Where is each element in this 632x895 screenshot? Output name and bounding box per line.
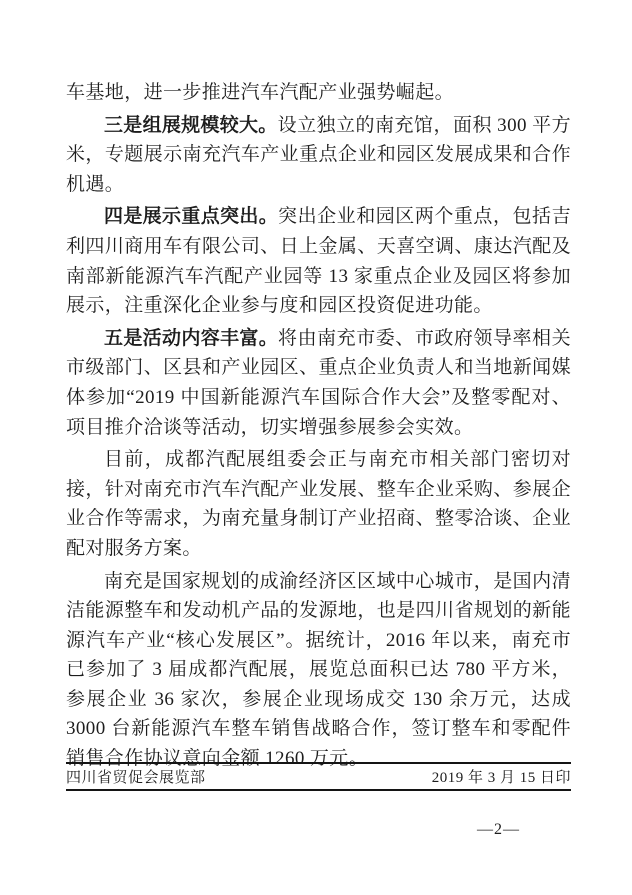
body-paragraph: 五是活动内容丰富。将由南充市委、市政府领导率相关市级部门、区县和产业园区、重点企… xyxy=(66,324,571,442)
body-paragraph: 三是组展规模较大。设立独立的南充馆，面积 300 平方米，专题展示南充汽车产业重… xyxy=(66,111,571,200)
document-body: 车基地，进一步推进汽车汽配产业强势崛起。 三是组展规模较大。设立独立的南充馆，面… xyxy=(66,78,571,774)
footer-print-date: 2019 年 3 月 15 日印 xyxy=(432,766,571,787)
body-paragraph: 南充是国家规划的成渝经济区区域中心城市，是国内清洁能源整车和发动机产品的发源地，… xyxy=(66,567,571,774)
body-paragraph: 四是展示重点突出。突出企业和园区两个重点，包括吉利四川商用车有限公司、日上金属、… xyxy=(66,202,571,320)
paragraph-text: 目前，成都汽配展组委会正与南充市相关部门密切对接，针对南充市汽车汽配产业发展、整… xyxy=(66,449,571,559)
footer-issuer: 四川省贸促会展览部 xyxy=(66,766,206,787)
document-page: 车基地，进一步推进汽车汽配产业强势崛起。 三是组展规模较大。设立独立的南充馆，面… xyxy=(0,0,632,895)
paragraph-text: 车基地，进一步推进汽车汽配产业强势崛起。 xyxy=(66,82,454,103)
paragraph-text: 南充是国家规划的成渝经济区区域中心城市，是国内清洁能源整车和发动机产品的发源地，… xyxy=(66,571,571,770)
paragraph-lead: 四是展示重点突出。 xyxy=(104,206,278,227)
body-paragraph: 目前，成都汽配展组委会正与南充市相关部门密切对接，针对南充市汽车汽配产业发展、整… xyxy=(66,445,571,563)
page-number: —2— xyxy=(477,821,520,839)
paragraph-lead: 三是组展规模较大。 xyxy=(104,115,278,136)
body-paragraph: 车基地，进一步推进汽车汽配产业强势崛起。 xyxy=(66,78,571,108)
paragraph-lead: 五是活动内容丰富。 xyxy=(104,328,278,349)
footer: 四川省贸促会展览部 2019 年 3 月 15 日印 xyxy=(66,762,571,791)
